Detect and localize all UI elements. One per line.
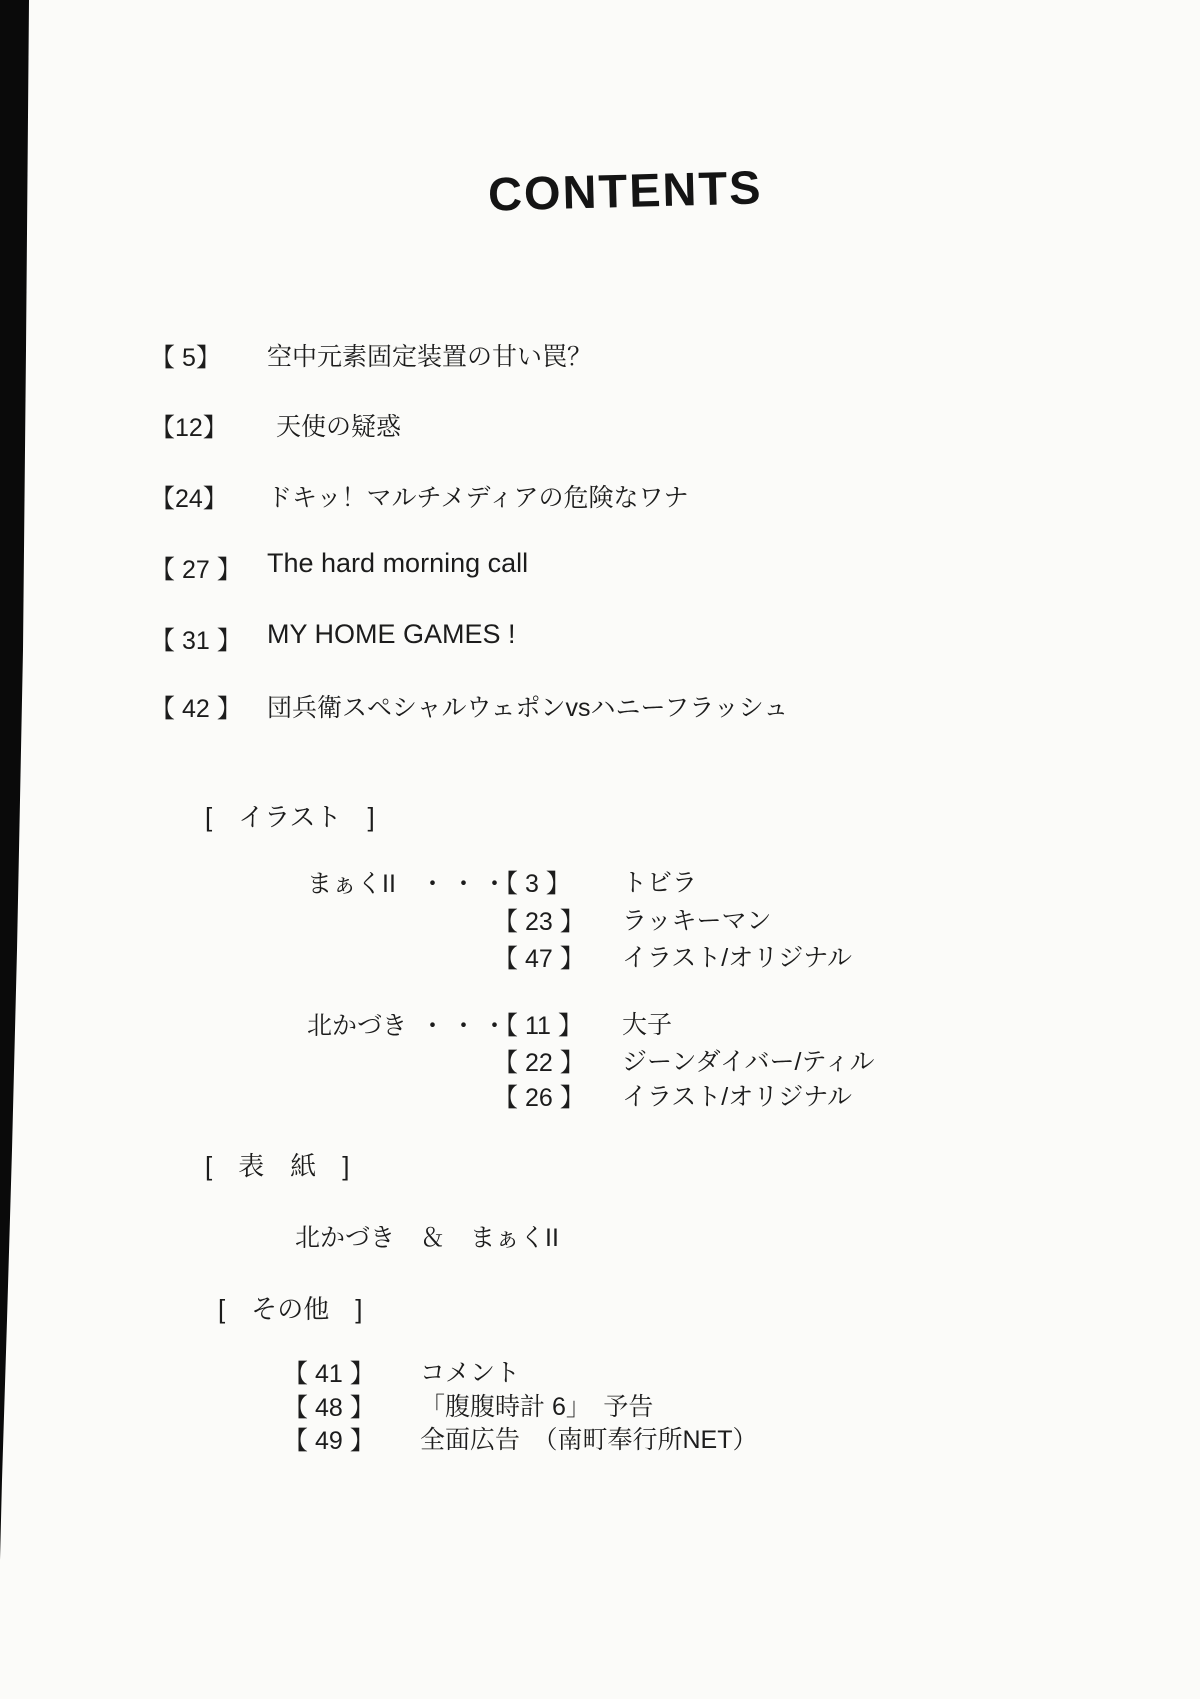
section-heading-other: [ その他 ] (218, 1289, 362, 1326)
toc-entry-page: 【 42 】 (150, 689, 242, 725)
page-title: CONTENTS (487, 159, 763, 221)
other-entry-page: 【 41 】 (283, 1354, 375, 1390)
toc-entry-title: The hard morning call (267, 548, 528, 579)
toc-entry-title: MY HOME GAMES ! (267, 619, 516, 650)
toc-entry-page: 【 31 】 (150, 621, 242, 657)
other-entry-title: コメント (420, 1353, 520, 1389)
illust-entry-title: トビラ (622, 863, 697, 899)
scanned-contents-page: CONTENTS 【 5】 空中元素固定装置の甘い罠？ 【12】 天使の疑惑 【… (0, 0, 1200, 1699)
section-heading-cover: [ 表 紙 ] (205, 1146, 349, 1183)
other-entry-page: 【 48 】 (283, 1388, 375, 1424)
toc-entry-title: ドキッ！マルチメディアの危険なワナ (267, 478, 689, 514)
artist-name: まぁくII (307, 864, 396, 900)
toc-entry-page: 【24】 (150, 479, 228, 515)
illust-entry-page: 【 23 】 (493, 902, 585, 938)
toc-entry-page: 【12】 (150, 408, 228, 444)
illust-entry-page: 【 47 】 (493, 939, 585, 975)
illust-entry-title: ジーンダイバー/ティル (622, 1042, 874, 1078)
toc-entry-page: 【 27 】 (150, 550, 242, 586)
illust-entry-title: 大子 (622, 1005, 672, 1041)
other-entry-title: 全面広告 （南町奉行所NET） (420, 1420, 758, 1456)
artist-name: 北かづき (307, 1006, 407, 1042)
illust-entry-page: 【 22 】 (493, 1043, 585, 1079)
illust-entry-page: 【 11 】 (493, 1006, 583, 1042)
illust-entry-page: 【 26 】 (493, 1078, 585, 1114)
toc-entry-title: 空中元素固定装置の甘い罠？ (267, 337, 592, 373)
illust-entry-title: イラスト/オリジナル (622, 938, 852, 974)
other-entry-page: 【 49 】 (283, 1421, 375, 1457)
section-heading-illustrations: [ イラスト ] (205, 797, 375, 834)
cover-credit: 北かづき ＆ まぁくII (295, 1218, 559, 1254)
toc-entry-page: 【 5】 (150, 338, 221, 374)
illust-entry-page: 【 3 】 (493, 864, 571, 900)
toc-entry-title: 天使の疑惑 (276, 407, 401, 443)
illust-entry-title: ラッキーマン (622, 901, 772, 937)
illust-entry-title: イラスト/オリジナル (622, 1077, 852, 1113)
other-entry-title: 「腹腹時計 6」 予告 (420, 1387, 653, 1423)
toc-entry-title: 団兵衛スペシャルウェポンvsハニーフラッシュ (267, 688, 788, 724)
scan-gutter-shadow (0, 0, 32, 1699)
